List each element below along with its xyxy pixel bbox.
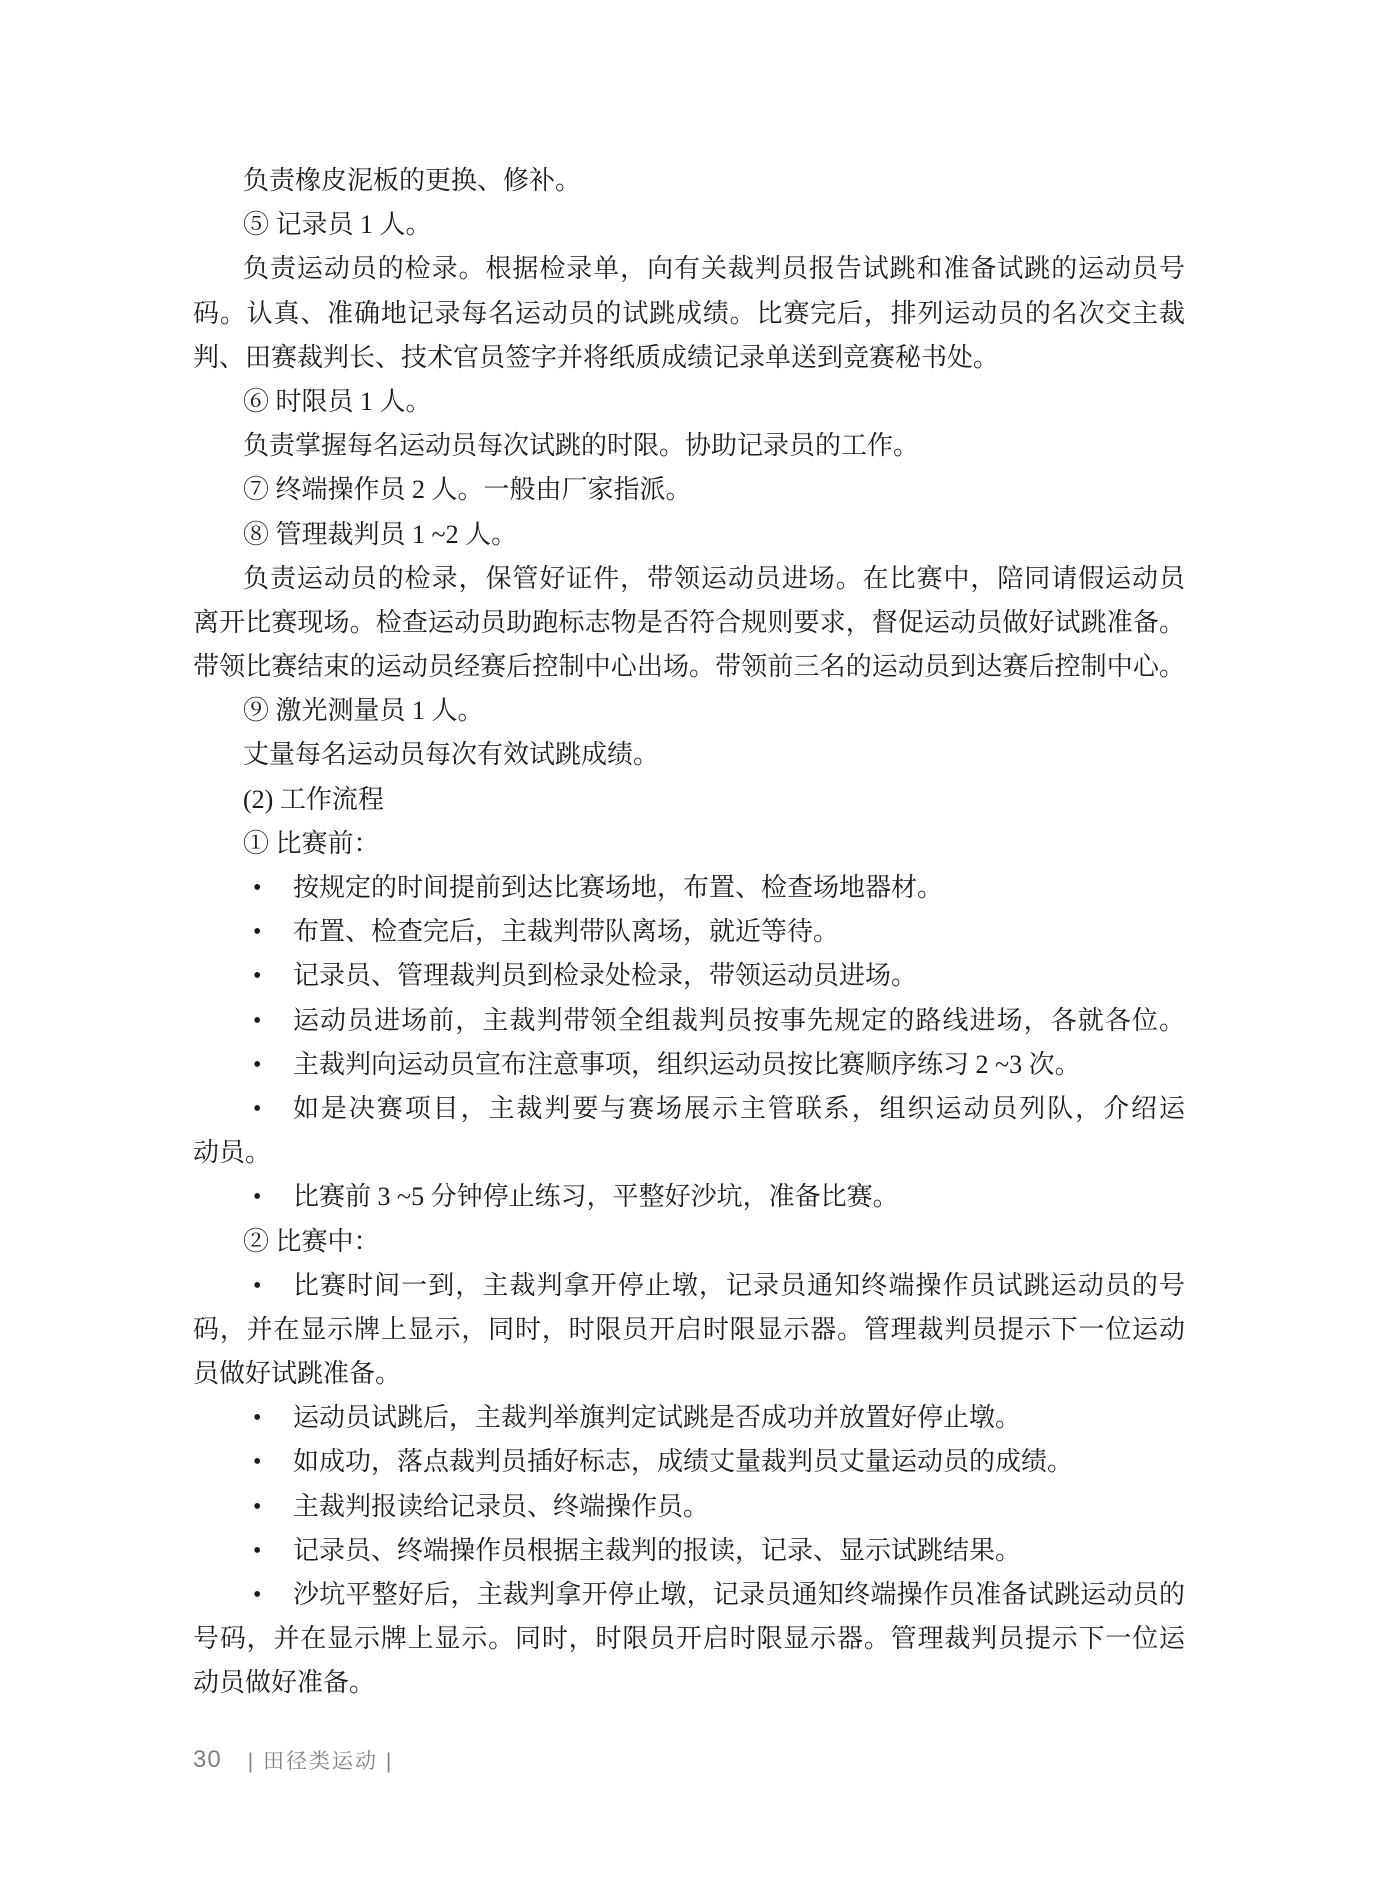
bullet-text: 沙坑平整好后，主裁判拿开停止墩，记录员通知终端操作员准备试跳运动员的 <box>293 1580 1185 1609</box>
bullet-text: 记录员、管理裁判员到检录处检录，带领运动员进场。 <box>293 961 917 990</box>
bullet-line: •如成功，落点裁判员插好标志，成绩丈量裁判员丈量运动员的成绩。 <box>193 1440 1185 1484</box>
bullet-icon: • <box>253 910 261 954</box>
text-line: 判、田赛裁判长、技术官员签字并将纸质成绩记录单送到竞赛秘书处。 <box>193 336 1185 380</box>
document-page: 负责橡皮泥板的更换、修补。⑤ 记录员 1 人。负责运动员的检录。根据检录单，向有… <box>0 0 1374 1891</box>
bullet-icon: • <box>253 1087 261 1131</box>
bullet-line: •比赛前 3 ~5 分钟停止练习，平整好沙坑，准备比赛。 <box>193 1175 1185 1219</box>
bullet-icon: • <box>253 1264 261 1308</box>
text-line: 离开比赛现场。检查运动员助跑标志物是否符合规则要求，督促运动员做好试跳准备。 <box>193 601 1185 645</box>
bullet-line: •主裁判向运动员宣布注意事项，组织运动员按比赛顺序练习 2 ~3 次。 <box>193 1043 1185 1087</box>
bullet-icon: • <box>253 866 261 910</box>
bullet-icon: • <box>253 999 261 1043</box>
bullet-line: •比赛时间一到，主裁判拿开停止墩，记录员通知终端操作员试跳运动员的号 <box>193 1264 1185 1308</box>
bullet-icon: • <box>253 1573 261 1617</box>
bullet-line: •运动员进场前，主裁判带领全组裁判员按事先规定的路线进场，各就各位。 <box>193 999 1185 1043</box>
text-line: 负责掌握每名运动员每次试跳的时限。协助记录员的工作。 <box>193 424 1185 468</box>
text-line: ② 比赛中： <box>193 1220 1185 1264</box>
bullet-line: •如是决赛项目，主裁判要与赛场展示主管联系，组织运动员列队，介绍运 <box>193 1087 1185 1131</box>
text-line: 号码，并在显示牌上显示。同时，时限员开启时限显示器。管理裁判员提示下一位运 <box>193 1617 1185 1661</box>
footer-section-label: | 田径类运动 | <box>248 1745 394 1775</box>
bullet-icon: • <box>253 1529 261 1573</box>
bullet-text: 运动员进场前，主裁判带领全组裁判员按事先规定的路线进场，各就各位。 <box>293 1006 1185 1035</box>
body-text: 负责橡皮泥板的更换、修补。⑤ 记录员 1 人。负责运动员的检录。根据检录单，向有… <box>193 159 1185 1706</box>
text-line: 丈量每名运动员每次有效试跳成绩。 <box>193 733 1185 777</box>
text-line: ⑦ 终端操作员 2 人。一般由厂家指派。 <box>193 468 1185 512</box>
bullet-text: 主裁判向运动员宣布注意事项，组织运动员按比赛顺序练习 2 ~3 次。 <box>293 1050 1081 1079</box>
bullet-line: •沙坑平整好后，主裁判拿开停止墩，记录员通知终端操作员准备试跳运动员的 <box>193 1573 1185 1617</box>
text-line: ⑧ 管理裁判员 1 ~2 人。 <box>193 513 1185 557</box>
bullet-icon: • <box>253 1175 261 1219</box>
text-line: 动员做好准备。 <box>193 1661 1185 1705</box>
bullet-icon: • <box>253 1396 261 1440</box>
text-line: 码，并在显示牌上显示，同时，时限员开启时限显示器。管理裁判员提示下一位运动 <box>193 1308 1185 1352</box>
text-line: ① 比赛前： <box>193 822 1185 866</box>
bullet-text: 比赛前 3 ~5 分钟停止练习，平整好沙坑，准备比赛。 <box>293 1182 899 1211</box>
bullet-icon: • <box>253 1440 261 1484</box>
bullet-text: 主裁判报读给记录员、终端操作员。 <box>293 1492 709 1521</box>
bullet-line: •主裁判报读给记录员、终端操作员。 <box>193 1485 1185 1529</box>
bullet-text: 如成功，落点裁判员插好标志，成绩丈量裁判员丈量运动员的成绩。 <box>293 1447 1073 1476</box>
page-footer: 30 | 田径类运动 | <box>193 1745 393 1775</box>
bullet-line: •记录员、管理裁判员到检录处检录，带领运动员进场。 <box>193 954 1185 998</box>
text-line: 负责橡皮泥板的更换、修补。 <box>193 159 1185 203</box>
bullet-line: •布置、检查完后，主裁判带队离场，就近等待。 <box>193 910 1185 954</box>
text-line: 负责运动员的检录，保管好证件，带领运动员进场。在比赛中，陪同请假运动员 <box>193 557 1185 601</box>
text-line: 负责运动员的检录。根据检录单，向有关裁判员报告试跳和准备试跳的运动员号 <box>193 247 1185 291</box>
page-number: 30 <box>193 1746 222 1774</box>
bullet-text: 布置、检查完后，主裁判带队离场，就近等待。 <box>293 917 839 946</box>
text-line: ⑨ 激光测量员 1 人。 <box>193 689 1185 733</box>
bullet-line: •运动员试跳后，主裁判举旗判定试跳是否成功并放置好停止墩。 <box>193 1396 1185 1440</box>
bullet-text: 运动员试跳后，主裁判举旗判定试跳是否成功并放置好停止墩。 <box>293 1403 1021 1432</box>
bullet-text: 比赛时间一到，主裁判拿开停止墩，记录员通知终端操作员试跳运动员的号 <box>293 1271 1185 1300</box>
text-line: (2) 工作流程 <box>193 778 1185 822</box>
text-line: 带领比赛结束的运动员经赛后控制中心出场。带领前三名的运动员到达赛后控制中心。 <box>193 645 1185 689</box>
bullet-text: 记录员、终端操作员根据主裁判的报读，记录、显示试跳结果。 <box>293 1536 1021 1565</box>
text-line: 动员。 <box>193 1131 1185 1175</box>
bullet-text: 如是决赛项目，主裁判要与赛场展示主管联系，组织运动员列队，介绍运 <box>293 1094 1185 1123</box>
text-line: ⑥ 时限员 1 人。 <box>193 380 1185 424</box>
text-line: ⑤ 记录员 1 人。 <box>193 203 1185 247</box>
bullet-line: •按规定的时间提前到达比赛场地，布置、检查场地器材。 <box>193 866 1185 910</box>
bullet-icon: • <box>253 954 261 998</box>
text-line: 员做好试跳准备。 <box>193 1352 1185 1396</box>
text-line: 码。认真、准确地记录每名运动员的试跳成绩。比赛完后，排列运动员的名次交主裁 <box>193 292 1185 336</box>
bullet-text: 按规定的时间提前到达比赛场地，布置、检查场地器材。 <box>293 873 943 902</box>
bullet-icon: • <box>253 1485 261 1529</box>
bullet-line: •记录员、终端操作员根据主裁判的报读，记录、显示试跳结果。 <box>193 1529 1185 1573</box>
bullet-icon: • <box>253 1043 261 1087</box>
